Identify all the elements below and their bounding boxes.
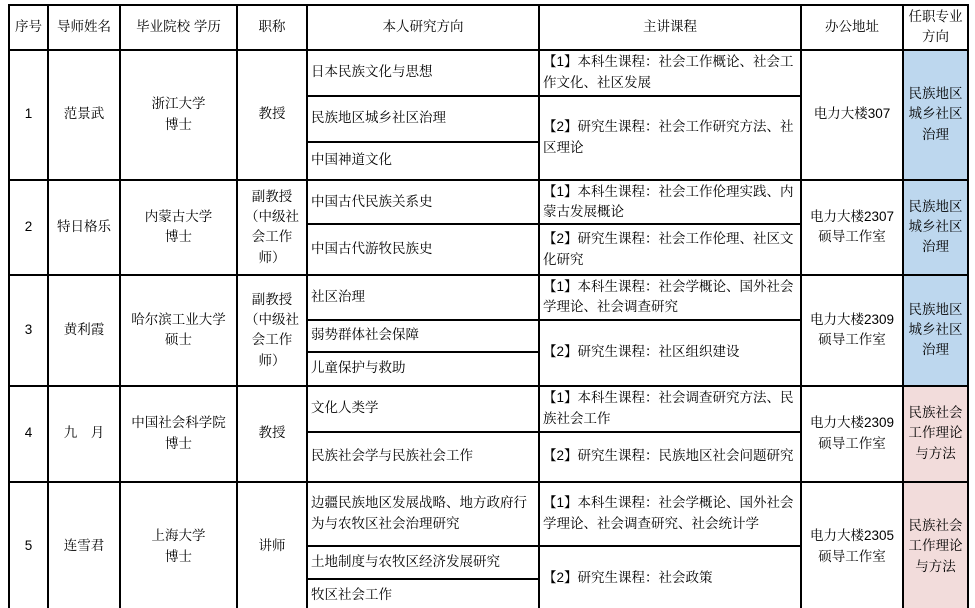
research-cell: 社区治理 [307,275,539,320]
table-row: 1 范景武 浙江大学 博士 教授 日本民族文化与思想 【1】本科生课程：社会工作… [9,50,968,96]
office-cell: 电力大楼307 [801,50,903,180]
col-header-office: 办公地址 [801,5,903,50]
research-cell: 儿童保护与救助 [307,352,539,386]
col-header-school: 毕业院校 学历 [120,5,237,50]
course-cell: 【2】研究生课程：社会工作研究方法、社区理论 [539,96,801,180]
header-row: 序号 导师姓名 毕业院校 学历 职称 本人研究方向 主讲课程 办公地址 任职专业… [9,5,968,50]
school-cell: 内蒙古大学 博士 [120,180,237,276]
direction-cell: 民族地区 城乡社区 治理 [903,180,968,276]
course-cell: 【2】研究生课程：社区组织建设 [539,320,801,386]
direction-cell: 民族地区 城乡社区 治理 [903,50,968,180]
serial-cell: 5 [9,482,48,608]
school-cell: 上海大学 博士 [120,482,237,608]
col-header-research: 本人研究方向 [307,5,539,50]
course-cell: 【1】本科生课程：社会学概论、国外社会学理论、社会调查研究 [539,275,801,320]
title-cell: 教授 [237,386,307,482]
serial-cell: 1 [9,50,48,180]
research-cell: 中国古代游牧民族史 [307,224,539,275]
research-cell: 日本民族文化与思想 [307,50,539,96]
research-cell: 土地制度与农牧区经济发展研究 [307,546,539,579]
col-header-courses: 主讲课程 [539,5,801,50]
course-cell: 【2】研究生课程：社会工作伦理、社区文化研究 [539,224,801,275]
faculty-table-page: 序号 导师姓名 毕业院校 学历 职称 本人研究方向 主讲课程 办公地址 任职专业… [0,0,975,608]
research-cell: 民族地区城乡社区治理 [307,96,539,142]
table-row: 3 黄利霞 哈尔滨工业大学 硕士 副教授 （中级社 会工作 师） 社区治理 【1… [9,275,968,320]
col-header-title: 职称 [237,5,307,50]
research-cell: 弱势群体社会保障 [307,320,539,352]
school-cell: 中国社会科学院 博士 [120,386,237,482]
table-row: 4 九 月 中国社会科学院 博士 教授 文化人类学 【1】本科生课程：社会调查研… [9,386,968,432]
school-cell: 浙江大学 博士 [120,50,237,180]
name-cell: 连雪君 [48,482,120,608]
title-cell: 副教授 （中级社 会工作 师） [237,180,307,276]
direction-cell: 民族地区 城乡社区 治理 [903,275,968,386]
direction-cell: 民族社会 工作理论 与方法 [903,386,968,482]
course-cell: 【2】研究生课程：社会政策 [539,546,801,608]
direction-cell: 民族社会 工作理论 与方法 [903,482,968,608]
col-header-name: 导师姓名 [48,5,120,50]
course-cell: 【1】本科生课程：社会调查研究方法、民族社会工作 [539,386,801,432]
serial-cell: 4 [9,386,48,482]
research-cell: 边疆民族地区发展战略、地方政府行为与农牧区社会治理研究 [307,482,539,546]
research-cell: 民族社会学与民族社会工作 [307,432,539,482]
name-cell: 范景武 [48,50,120,180]
faculty-table: 序号 导师姓名 毕业院校 学历 职称 本人研究方向 主讲课程 办公地址 任职专业… [8,4,969,608]
col-header-direction: 任职专业 方向 [903,5,968,50]
col-header-serial: 序号 [9,5,48,50]
research-cell: 牧区社会工作 [307,579,539,608]
title-cell: 讲师 [237,482,307,608]
name-cell: 九 月 [48,386,120,482]
office-cell: 电力大楼2309 硕导工作室 [801,386,903,482]
office-cell: 电力大楼2309 硕导工作室 [801,275,903,386]
title-cell: 副教授 （中级社 会工作 师） [237,275,307,386]
research-cell: 文化人类学 [307,386,539,432]
title-cell: 教授 [237,50,307,180]
course-cell: 【2】研究生课程：民族地区社会问题研究 [539,432,801,482]
name-cell: 特日格乐 [48,180,120,276]
serial-cell: 2 [9,180,48,276]
serial-cell: 3 [9,275,48,386]
course-cell: 【1】本科生课程：社会工作概论、社会工作文化、社区发展 [539,50,801,96]
office-cell: 电力大楼2305 硕导工作室 [801,482,903,608]
office-cell: 电力大楼2307 硕导工作室 [801,180,903,276]
table-row: 5 连雪君 上海大学 博士 讲师 边疆民族地区发展战略、地方政府行为与农牧区社会… [9,482,968,546]
table-row: 2 特日格乐 内蒙古大学 博士 副教授 （中级社 会工作 师） 中国古代民族关系… [9,180,968,225]
course-cell: 【1】本科生课程：社会学概论、国外社会学理论、社会调查研究、社会统计学 [539,482,801,546]
course-cell: 【1】本科生课程：社会工作伦理实践、内蒙古发展概论 [539,180,801,225]
research-cell: 中国古代民族关系史 [307,180,539,225]
name-cell: 黄利霞 [48,275,120,386]
research-cell: 中国神道文化 [307,142,539,180]
school-cell: 哈尔滨工业大学 硕士 [120,275,237,386]
